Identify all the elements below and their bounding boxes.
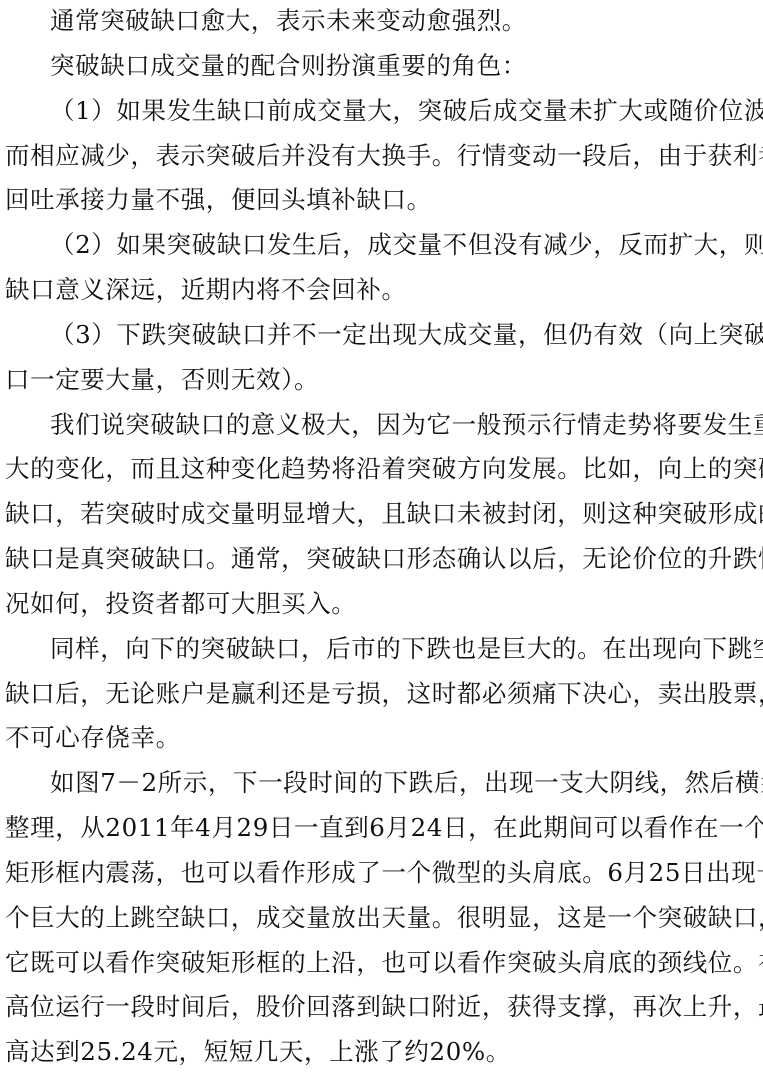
paragraph-line: 况如何，投资者都可大胆买入。 <box>5 589 760 619</box>
paragraph-line: 而相应减少，表示突破后并没有大换手。行情变动一段后，由于获利者 <box>5 141 760 171</box>
paragraph-line: 它既可以看作突破矩形框的上沿，也可以看作突破头肩底的颈线位。在 <box>5 948 760 978</box>
paragraph-line: 缺口，若突破时成交量明显增大，且缺口未被封闭，则这种突破形成的 <box>5 499 760 529</box>
paragraph-line: 回吐承接力量不强，便回头填补缺口。 <box>5 185 760 215</box>
paragraph-line: 口一定要大量，否则无效）。 <box>5 365 760 395</box>
document-page: 通常突破缺口愈大，表示未来变动愈强烈。 突破缺口成交量的配合则扮演重要的角色： … <box>0 0 763 1092</box>
paragraph-line: 个巨大的上跳空缺口，成交量放出天量。很明显，这是一个突破缺口， <box>5 903 760 933</box>
paragraph-line: （3）下跌突破缺口并不一定出现大成交量，但仍有效（向上突破缺 <box>50 320 760 350</box>
paragraph-line: 我们说突破缺口的意义极大，因为它一般预示行情走势将要发生重 <box>50 410 760 440</box>
paragraph-line: 高达到25.24元，短短几天，上涨了约20%。 <box>5 1037 760 1067</box>
paragraph-line: 缺口是真突破缺口。通常，突破缺口形态确认以后，无论价位的升跌情 <box>5 544 760 574</box>
paragraph-line: （2）如果突破缺口发生后，成交量不但没有减少，反而扩大，则此 <box>50 230 760 260</box>
paragraph-line: 整理，从2011年4月29日一直到6月24日，在此期间可以看作在一个 <box>5 813 760 843</box>
paragraph-line: 突破缺口成交量的配合则扮演重要的角色： <box>50 51 760 81</box>
paragraph-line: 缺口意义深远，近期内将不会回补。 <box>5 275 760 305</box>
paragraph-line: 缺口后，无论账户是赢利还是亏损，这时都必须痛下决心，卖出股票， <box>5 679 760 709</box>
paragraph-line: 通常突破缺口愈大，表示未来变动愈强烈。 <box>50 6 760 36</box>
paragraph-line: 高位运行一段时间后，股价回落到缺口附近，获得支撑，再次上升，最 <box>5 992 760 1022</box>
paragraph-line: 大的变化，而且这种变化趋势将沿着突破方向发展。比如，向上的突破 <box>5 454 760 484</box>
paragraph-line: 不可心存侥幸。 <box>5 723 760 753</box>
paragraph-line: 同样，向下的突破缺口，后市的下跌也是巨大的。在出现向下跳空 <box>50 634 760 664</box>
paragraph-line: 矩形框内震荡，也可以看作形成了一个微型的头肩底。6月25日出现一 <box>5 858 760 888</box>
paragraph-line: 如图7－2所示，下一段时间的下跌后，出现一支大阴线，然后横盘 <box>50 768 760 798</box>
paragraph-line: （1）如果发生缺口前成交量大，突破后成交量未扩大或随价位波动 <box>50 96 760 126</box>
